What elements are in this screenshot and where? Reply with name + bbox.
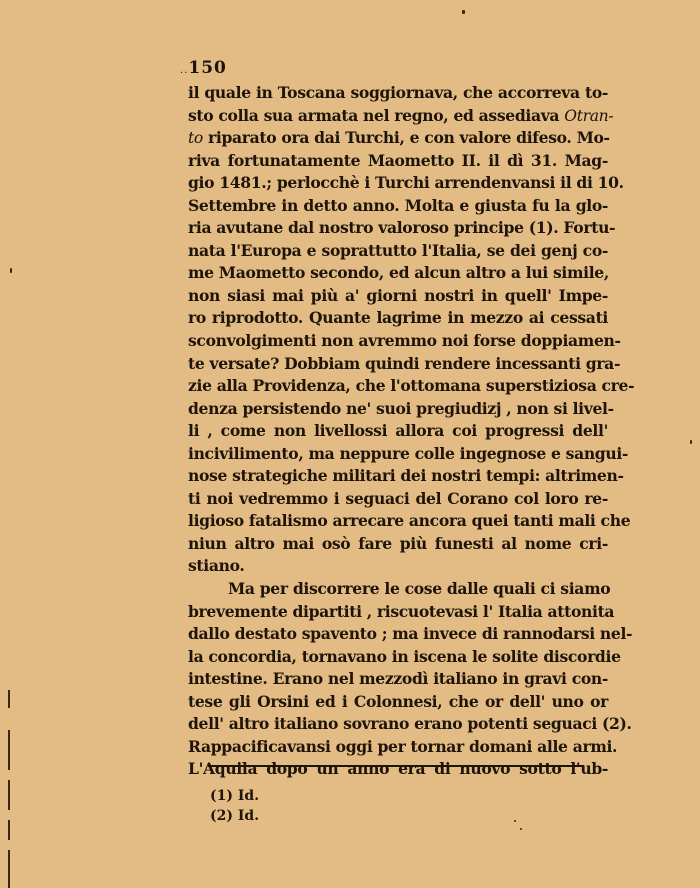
text-line: me Maometto secondo, ed alcun altro a lu… (188, 262, 608, 285)
text-line: ro riprodotto. Quante lagrime in mezzo a… (188, 307, 608, 330)
footnote-text: Id. (238, 808, 259, 824)
text-line: li , come non livellossi allora coi prog… (188, 420, 608, 443)
text-line: Rappacificavansi oggi per tornar domani … (188, 736, 608, 759)
italic-place-name: to (188, 129, 203, 147)
footnote-marker: (1) (210, 788, 233, 804)
footnote: (2) Id. (210, 806, 259, 826)
footnote-divider (208, 765, 584, 767)
text-line: zie alla Providenza, che l'ottomana supe… (188, 375, 608, 398)
scan-speck (10, 268, 12, 273)
text-line: tese gli Orsini ed i Colonnesi, che or d… (188, 691, 608, 714)
text-line: dell' altro italiano sovrano erano poten… (188, 713, 608, 736)
text-line: nata l'Europa e soprattutto l'Italia, se… (188, 240, 608, 263)
page-number: ..150 (180, 58, 227, 78)
scan-edge-mark (8, 820, 10, 840)
text-line: il quale in Toscana soggiornava, che acc… (188, 82, 608, 105)
text-line: gio 1481.; perlocchè i Turchi arrendenva… (188, 172, 608, 195)
text-line: nose strategiche militari dei nostri tem… (188, 465, 608, 488)
text-line: to riparato ora dai Turchi, e con valore… (188, 127, 608, 150)
text-segment: riparato ora dai Turchi, e con valore di… (203, 128, 610, 147)
scan-edge-mark (8, 730, 10, 770)
footnote-text: Id. (238, 788, 259, 804)
text-line: niun altro mai osò fare più funesti al n… (188, 533, 608, 556)
text-line: ligioso fatalismo arrecare ancora quei t… (188, 510, 608, 533)
scan-edge-mark (8, 690, 10, 708)
text-line: non siasi mai più a' giorni nostri in qu… (188, 285, 608, 308)
text-line: sconvolgimenti non avremmo noi forse dop… (188, 330, 608, 353)
text-line: Ma per discorrere le cose dalle quali ci… (188, 578, 608, 601)
footnote: (1) Id. (210, 786, 259, 806)
text-line: L'Aquila dopo un anno era di nuovo sotto… (188, 758, 608, 781)
scan-speck (520, 828, 522, 830)
footnotes: (1) Id.(2) Id. (210, 786, 259, 826)
text-line: sto colla sua armata nel regno, ed assed… (188, 105, 608, 128)
scan-speck (690, 440, 692, 444)
text-line: te versate? Dobbiam quindi rendere inces… (188, 353, 608, 376)
scan-speck (514, 820, 516, 822)
page-number-value: 150 (188, 58, 227, 78)
text-line: stiano. (188, 555, 608, 578)
scan-edge-mark (8, 780, 10, 810)
text-line: brevemente dipartiti , riscuotevasi l' I… (188, 601, 608, 624)
text-line: intestine. Erano nel mezzodì italiano in… (188, 668, 608, 691)
text-segment: sto colla sua armata nel regno, ed assed… (188, 106, 564, 125)
text-line: la concordia, tornavano in iscena le sol… (188, 646, 608, 669)
text-line: dallo destato spavento ; ma invece di ra… (188, 623, 608, 646)
text-line: ti noi vedremmo i seguaci del Corano col… (188, 488, 608, 511)
text-line: incivilimento, ma neppure colle ingegnos… (188, 443, 608, 466)
italic-place-name: Otran- (564, 107, 613, 125)
text-line: denza persistendo ne' suoi pregiudizj , … (188, 398, 608, 421)
footnote-marker: (2) (210, 808, 233, 824)
scan-speck (462, 10, 465, 14)
scan-edge-mark (8, 850, 10, 888)
text-line: ria avutane dal nostro valoroso principe… (188, 217, 608, 240)
body-text: il quale in Toscana soggiornava, che acc… (188, 82, 608, 781)
text-line: riva fortunatamente Maometto II. il dì 3… (188, 150, 608, 173)
text-line: Settembre in detto anno. Molta e giusta … (188, 195, 608, 218)
